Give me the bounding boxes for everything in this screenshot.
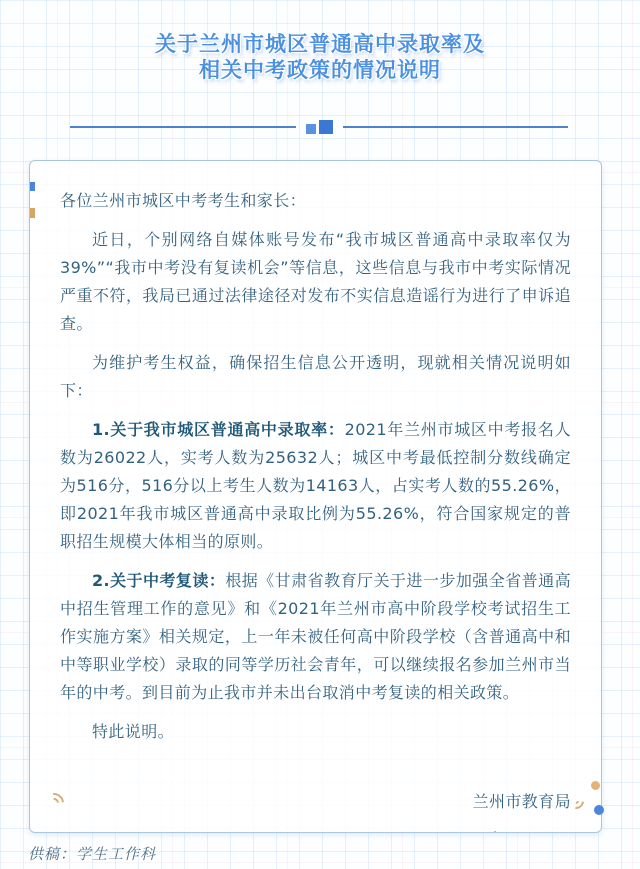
card-edge-square-orange [29,208,35,218]
paragraph-1: 近日，个别网络自媒体账号发布“我市城区普通高中录取率仅为39%”“我市中考没有复… [60,226,571,338]
paragraph-4-text: 根据《甘肃省教育厅关于进一步加强全省普通高中招生管理工作的意见》和《2021年兰… [60,571,571,702]
paragraph-5: 特此说明。 [60,718,571,746]
page-title-line2: 相关中考政策的情况说明 [0,57,640,83]
document-card: 各位兰州市城区中考考生和家长： 近日，个别网络自媒体账号发布“我市城区普通高中录… [29,160,602,833]
paragraph-2: 为维护考生权益，确保招生信息公开透明，现就相关情况说明如下： [60,349,571,405]
paragraph-3: 1.关于我市城区普通高中录取率：2021年兰州市城区中考报名人数为26022人，… [60,416,571,556]
signature-issuer: 兰州市教育局 [60,788,571,816]
signature-date: 2021年7月15日 [60,826,571,833]
paragraph-3-lead: 1.关于我市城区普通高中录取率： [92,420,345,439]
paragraph-5-text: 特此说明。 [92,722,174,741]
divider-line-left [70,126,296,128]
paragraph-4-lead: 2.关于中考复读： [92,571,225,590]
blue-dot-decoration [594,805,604,815]
divider-square-small [306,124,316,134]
divider-square-large [319,120,333,134]
paragraph-1-text: 近日，个别网络自媒体账号发布“我市城区普通高中录取率仅为39%”“我市中考没有复… [60,230,571,333]
paragraph-4: 2.关于中考复读：根据《甘肃省教育厅关于进一步加强全省普通高中招生管理工作的意见… [60,567,571,707]
salutation: 各位兰州市城区中考考生和家长： [60,187,571,215]
announcement-page: 关于兰州市城区普通高中录取率及 相关中考政策的情况说明 各位兰州市城区中考考生和… [0,0,640,869]
footer-credit: 供稿：学生工作科 [28,843,156,864]
paragraph-3-text: 2021年兰州市城区中考报名人数为26022人，实考人数为25632人；城区中考… [60,420,571,551]
page-title-line1: 关于兰州市城区普通高中录取率及 [0,31,640,57]
title-divider [70,118,568,136]
card-edge-square-blue [29,182,35,191]
orange-dot-decoration [591,781,600,790]
paragraph-2-text: 为维护考生权益，确保招生信息公开透明，现就相关情况说明如下： [60,353,571,400]
divider-line-right [343,126,569,128]
page-title: 关于兰州市城区普通高中录取率及 相关中考政策的情况说明 [0,31,640,83]
